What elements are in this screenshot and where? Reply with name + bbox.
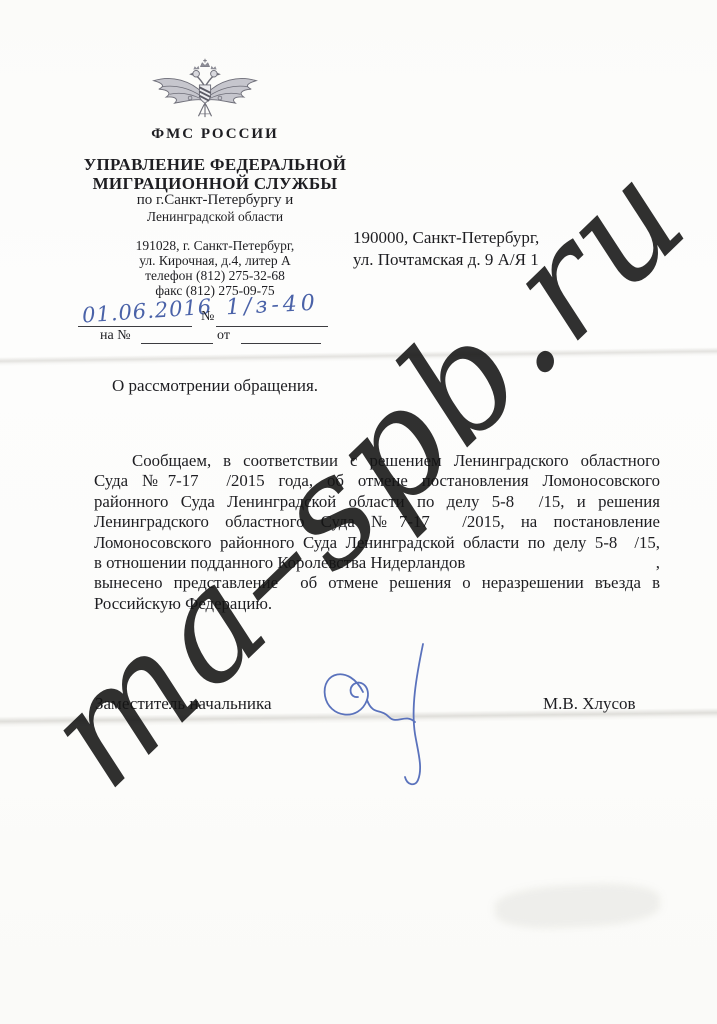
body-line: вынесено представление об отмене решения…	[94, 573, 660, 593]
recipient-address: 190000, Санкт-Петербург, ул. Почтамская …	[353, 227, 539, 271]
recipient-address-line2: ул. Почтамская д. 9 А/Я 1	[353, 249, 539, 271]
org-region-line2: Ленинградской области	[70, 209, 360, 225]
body-line: Суда №7-17 /2015 года, об отмене постано…	[94, 471, 660, 491]
emblem-caption: ФМС РОССИИ	[70, 126, 360, 143]
body-line: Ленинградского областного Суда №7-17 /20…	[94, 512, 660, 532]
reply-from-label: от	[217, 328, 230, 344]
recipient-address-line1: 190000, Санкт-Петербург,	[353, 227, 539, 249]
paper-crease-top	[0, 347, 717, 367]
org-name-line1: УПРАВЛЕНИЕ ФЕДЕРАЛЬНОЙ	[70, 155, 360, 175]
body-line: районного Суда Ленинградской области по …	[94, 492, 660, 512]
handwritten-date: 01.06.2016	[81, 294, 213, 327]
scanned-letter-page: ФМС РОССИИ УПРАВЛЕНИЕ ФЕДЕРАЛЬНОЙ МИГРАЦ…	[0, 0, 717, 1024]
body-line-text: в отношении подданного Королевства Нидер…	[94, 553, 465, 573]
org-address-line1: 191028, г. Санкт-Петербург,	[70, 238, 360, 254]
subject-line: О рассмотрении обращения.	[112, 376, 318, 396]
org-region-line1: по г.Санкт-Петербургу и	[70, 192, 360, 209]
body-line-trailing-comma: ,	[656, 553, 660, 573]
org-phone: телефон (812) 275-32-68	[70, 268, 360, 284]
reply-number-underline	[141, 343, 213, 344]
signer-position-title: Заместитель начальника	[95, 694, 272, 714]
org-address-line2: ул. Кирочная, д.4, литер А	[70, 253, 360, 269]
body-line: Ломоносовского районного Суда Ленинградс…	[94, 533, 660, 553]
reply-date-underline	[241, 343, 321, 344]
body-line: Сообщаем, в соответствии с решением Лени…	[94, 451, 660, 471]
date-underline	[78, 326, 192, 327]
handwritten-signature	[305, 638, 460, 788]
org-name-line2: МИГРАЦИОННОЙ СЛУЖБЫ	[70, 174, 360, 194]
handwritten-outgoing-number: 1/з-40	[225, 291, 319, 321]
reply-to-number-label: на №	[100, 328, 131, 344]
number-sign-label: №	[201, 309, 214, 325]
ink-bleedthrough-smudge	[494, 881, 661, 932]
letter-body: Сообщаем, в соответствии с решением Лени…	[94, 451, 660, 614]
signer-name: М.В. Хлусов	[543, 694, 636, 714]
body-line: Российскую Федерацию.	[94, 594, 660, 614]
number-underline	[216, 326, 328, 327]
fms-double-headed-eagle-icon	[148, 56, 262, 126]
body-line-redacted: в отношении подданного Королевства Нидер…	[94, 553, 660, 573]
